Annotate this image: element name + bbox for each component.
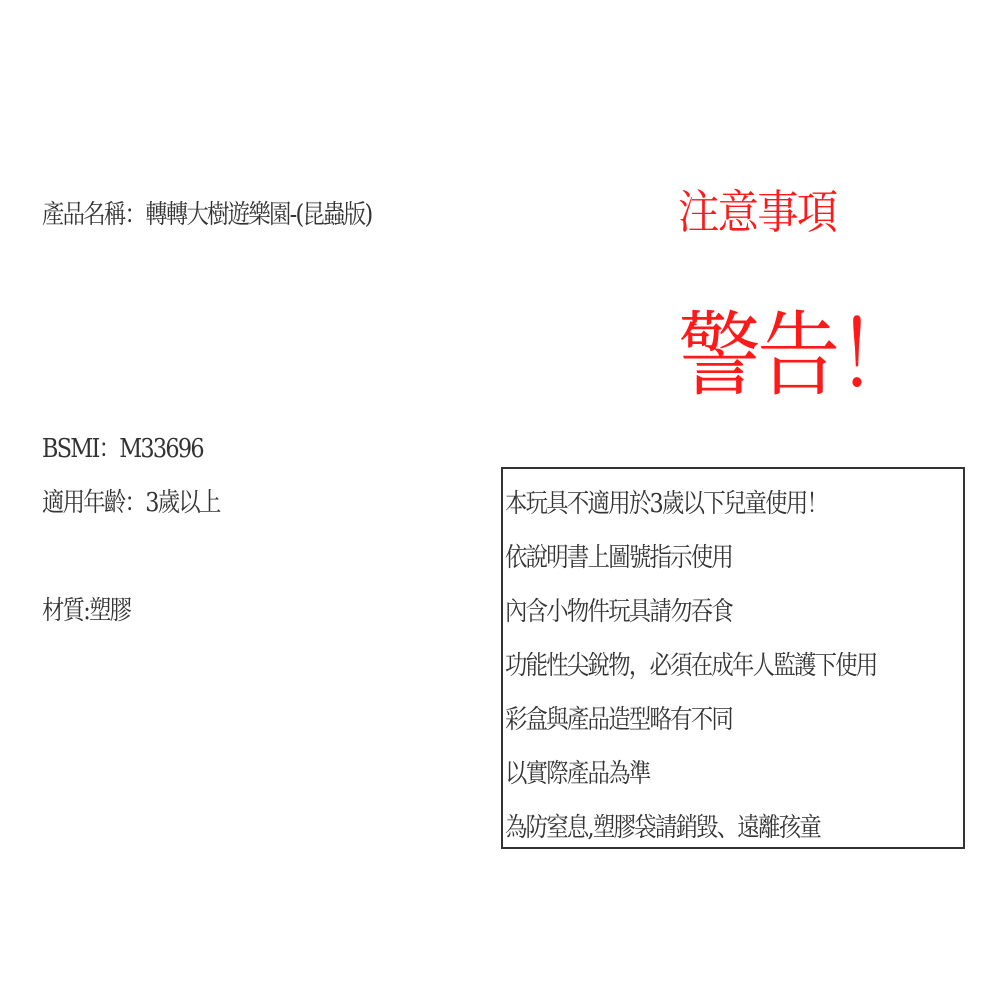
warning-box: 本玩具不適用於3歲以下兒童使用！ 依說明書上圖號指示使用 內含小物件玩具請勿吞食… (501, 467, 965, 849)
warning-line: 依說明書上圖號指示使用 (505, 537, 732, 574)
age-range: 適用年齡：3歲以上 (42, 482, 220, 519)
notice-heading: 注意事項 (678, 176, 836, 242)
warning-line: 本玩具不適用於3歲以下兒童使用！ (505, 483, 827, 520)
warning-line: 彩盒與產品造型略有不同 (505, 699, 732, 736)
warning-line: 內含小物件玩具請勿吞食 (505, 591, 732, 628)
material: 材質:塑膠 (42, 590, 130, 627)
warning-line: 功能性尖銳物，必須在成年人監護下使用 (505, 645, 877, 682)
warning-line: 為防窒息,塑膠袋請銷毀、遠離孩童 (505, 807, 820, 844)
warning-line: 以實際產品為準 (505, 753, 649, 790)
warning-heading: 警告！ (678, 282, 916, 414)
bsmi-code: BSMI：M33696 (42, 428, 203, 465)
product-name: 產品名稱：轉轉大樹遊樂園-(昆蟲版) (42, 194, 371, 231)
